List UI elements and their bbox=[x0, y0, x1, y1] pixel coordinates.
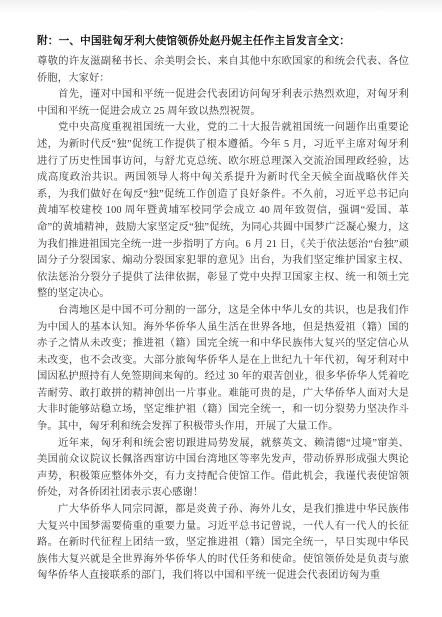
paragraph: 首先，谨对中国和平统一促进会代表团访问匈牙利表示热烈欢迎，对匈牙利中国和平统一促… bbox=[37, 87, 409, 120]
page-top-shadow bbox=[0, 0, 442, 14]
document-title: 附：一、中国驻匈牙利大使馆领侨处赵丹妮主任作主旨发言全文： bbox=[37, 33, 409, 50]
paragraph: 广大华侨华人同宗同源，都是炎黄子孙、海外儿女，是我们推进中华民族伟大复兴中国梦需… bbox=[37, 502, 409, 585]
paragraph: 党中央高度重视祖国统一大业，党的二十大报告就祖国统一问题作出重要论述，为新时代反… bbox=[37, 120, 409, 303]
document-page: 附：一、中国驻匈牙利大使馆领侨处赵丹妮主任作主旨发言全文： 尊敬的许友滋副秘书长… bbox=[37, 33, 409, 585]
paragraph: 近年来，匈牙利和统会密切跟进局势发展，就蔡英文、赖清德“过境”窜美、美国前众议院… bbox=[37, 436, 409, 502]
paragraph: 台湾地区是中国不可分割的一部分，这是全体中华儿女的共识，也是我们作为中国人的基本… bbox=[37, 303, 409, 436]
document-body: 尊敬的许友滋副秘书长、余美明会长、来自其他中东欧国家的和统会代表、各位侨胞，大家… bbox=[37, 54, 409, 585]
paragraph: 尊敬的许友滋副秘书长、余美明会长、来自其他中东欧国家的和统会代表、各位侨胞，大家… bbox=[37, 54, 409, 87]
document-screenshot: { "document": { "title": "附：一、中国驻匈牙利大使馆领… bbox=[0, 0, 442, 617]
